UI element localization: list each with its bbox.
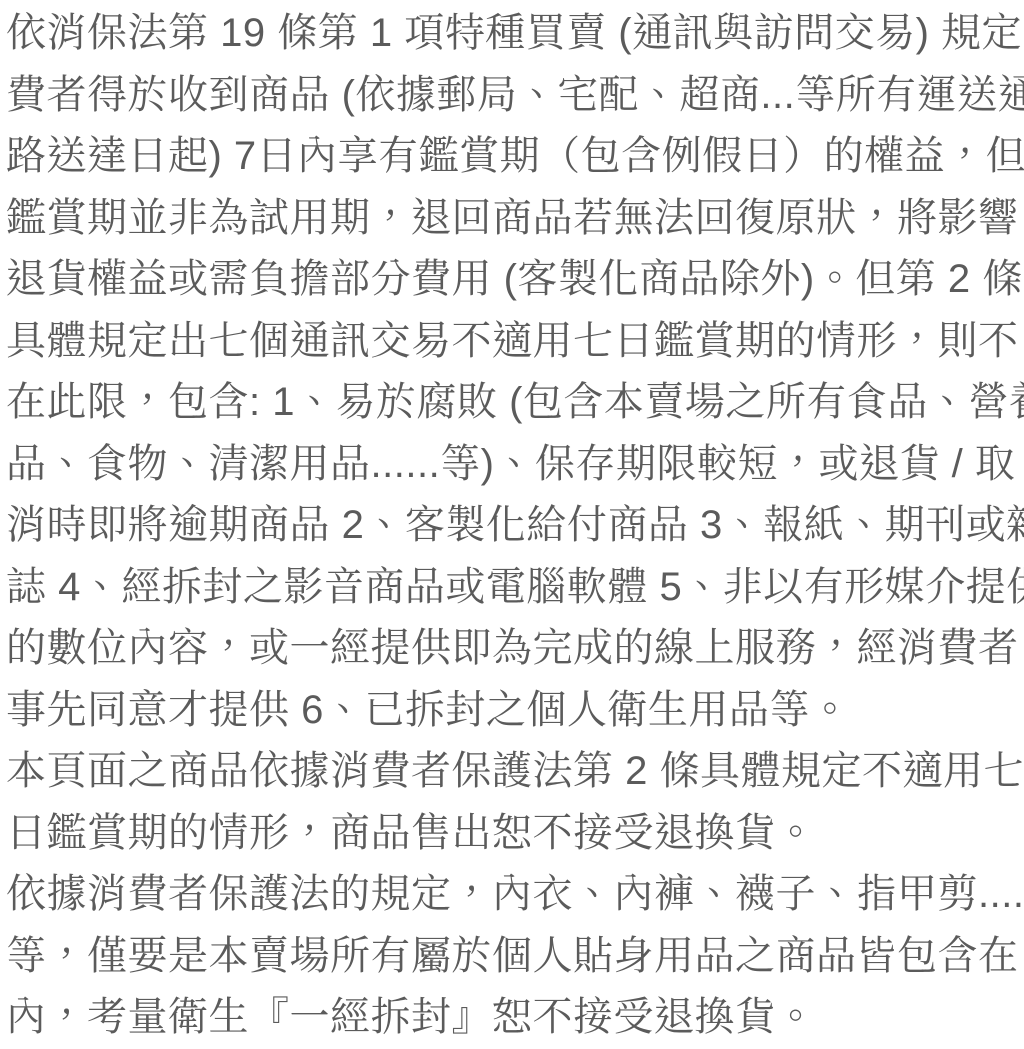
text-line: 等，僅要是本賣場所有屬於個人貼身用品之商品皆包含在 <box>6 926 1020 988</box>
text-line: 具體規定出七個通訊交易不適用七日鑑賞期的情形，則不 <box>6 311 1020 373</box>
paragraph-personal-items: 依據消費者保護法的規定，內衣、內褲、襪子、指甲剪...... 等，僅要是本賣場所… <box>6 864 1020 1049</box>
text-line: 誌 4、經拆封之影音商品或電腦軟體 5、非以有形媒介提供 <box>6 557 1020 619</box>
text-line: 費者得於收到商品 (依據郵局、宅配、超商...等所有運送通 <box>6 65 1020 127</box>
text-line: 的數位內容，或一經提供即為完成的線上服務，經消費者 <box>6 618 1020 680</box>
text-line: 依據消費者保護法的規定，內衣、內褲、襪子、指甲剪...... <box>6 864 1020 926</box>
paragraph-no-trial-period: 本頁面之商品依據消費者保護法第 2 條具體規定不適用七 日鑑賞期的情形，商品售出… <box>6 741 1020 864</box>
paragraph-legal-basis: 依消保法第 19 條第 1 項特種買賣 (通訊與訪問交易) 規定:消 費者得於收… <box>6 3 1020 741</box>
text-line: 退貨權益或需負擔部分費用 (客製化商品除外)。但第 2 條 <box>6 249 1020 311</box>
text-line: 日鑑賞期的情形，商品售出恕不接受退換貨。 <box>6 803 1020 865</box>
text-line: 事先同意才提供 6、已拆封之個人衛生用品等。 <box>6 680 1020 742</box>
text-line: 依消保法第 19 條第 1 項特種買賣 (通訊與訪問交易) 規定:消 <box>6 3 1020 65</box>
text-line: 消時即將逾期商品 2、客製化給付商品 3、報紙、期刊或雜 <box>6 495 1020 557</box>
text-line: 本頁面之商品依據消費者保護法第 2 條具體規定不適用七 <box>6 741 1020 803</box>
text-line: 鑑賞期並非為試用期，退回商品若無法回復原狀，將影響 <box>6 188 1020 250</box>
text-line: 在此限，包含: 1、易於腐敗 (包含本賣場之所有食品、營養 <box>6 372 1020 434</box>
text-line: 內，考量衛生『一經拆封』恕不接受退換貨。 <box>6 987 1020 1049</box>
return-policy-document: 依消保法第 19 條第 1 項特種買賣 (通訊與訪問交易) 規定:消 費者得於收… <box>0 0 1024 1049</box>
text-line: 路送達日起) 7日內享有鑑賞期（包含例假日）的權益，但 <box>6 126 1020 188</box>
text-line: 品、食物、清潔用品......等)、保存期限較短，或退貨 / 取 <box>6 434 1020 496</box>
